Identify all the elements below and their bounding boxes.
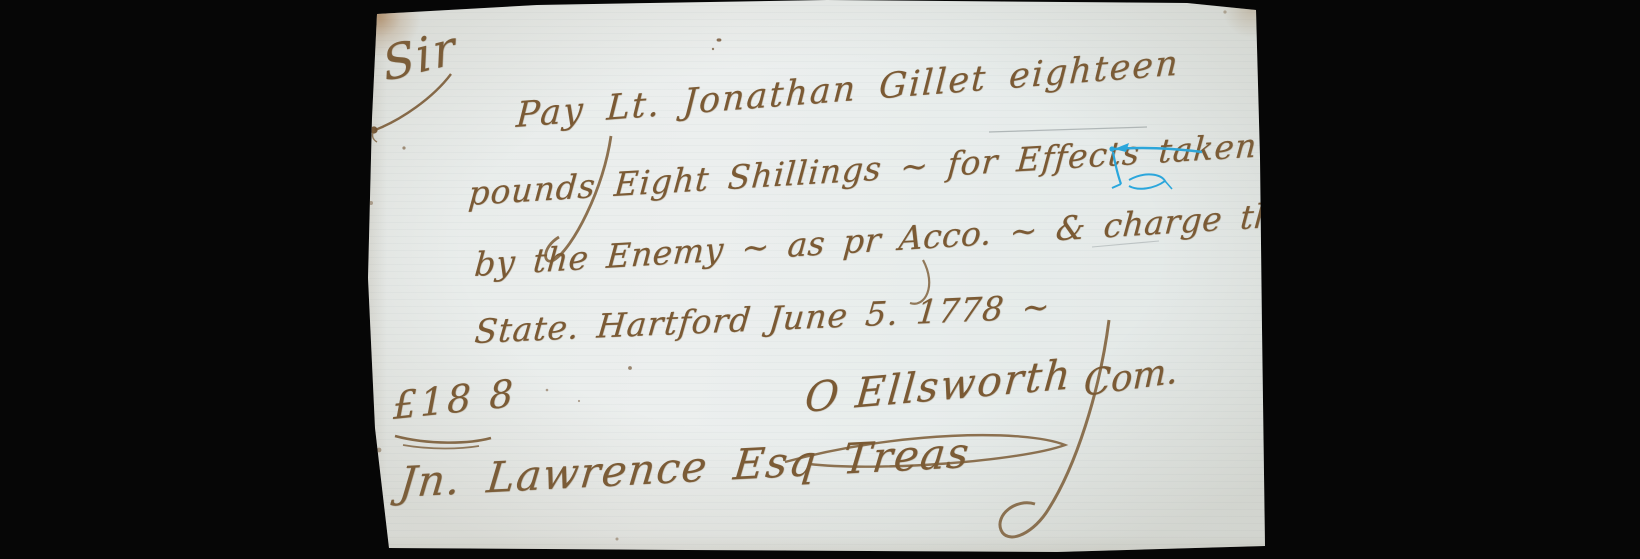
- signature-ellsworth: O Ellsworth: [803, 350, 1074, 422]
- salutation: Sir: [379, 20, 460, 93]
- body-line-3: by the Enemy ~ as pr Acco. ~ & charge th…: [473, 195, 1297, 284]
- amount-total: £18 8: [393, 371, 516, 428]
- amount-underline: [395, 436, 491, 449]
- document-paper: Sir Pay Lt. Jonathan Gillet eighteen pou…: [357, 0, 1265, 559]
- signature-title: Com.: [1083, 350, 1178, 405]
- body-line-4: State. Hartford June 5. 1778 ~: [473, 287, 1052, 351]
- addressee-line: Jn. Lawrence Esq Treas: [397, 428, 973, 507]
- body-line-1: Pay Lt. Jonathan Gillet eighteen: [515, 43, 1181, 136]
- photo-background: Sir Pay Lt. Jonathan Gillet eighteen pou…: [0, 0, 1640, 559]
- body-line-2: pounds Eight Shillings ~ for Effects tak…: [467, 126, 1259, 213]
